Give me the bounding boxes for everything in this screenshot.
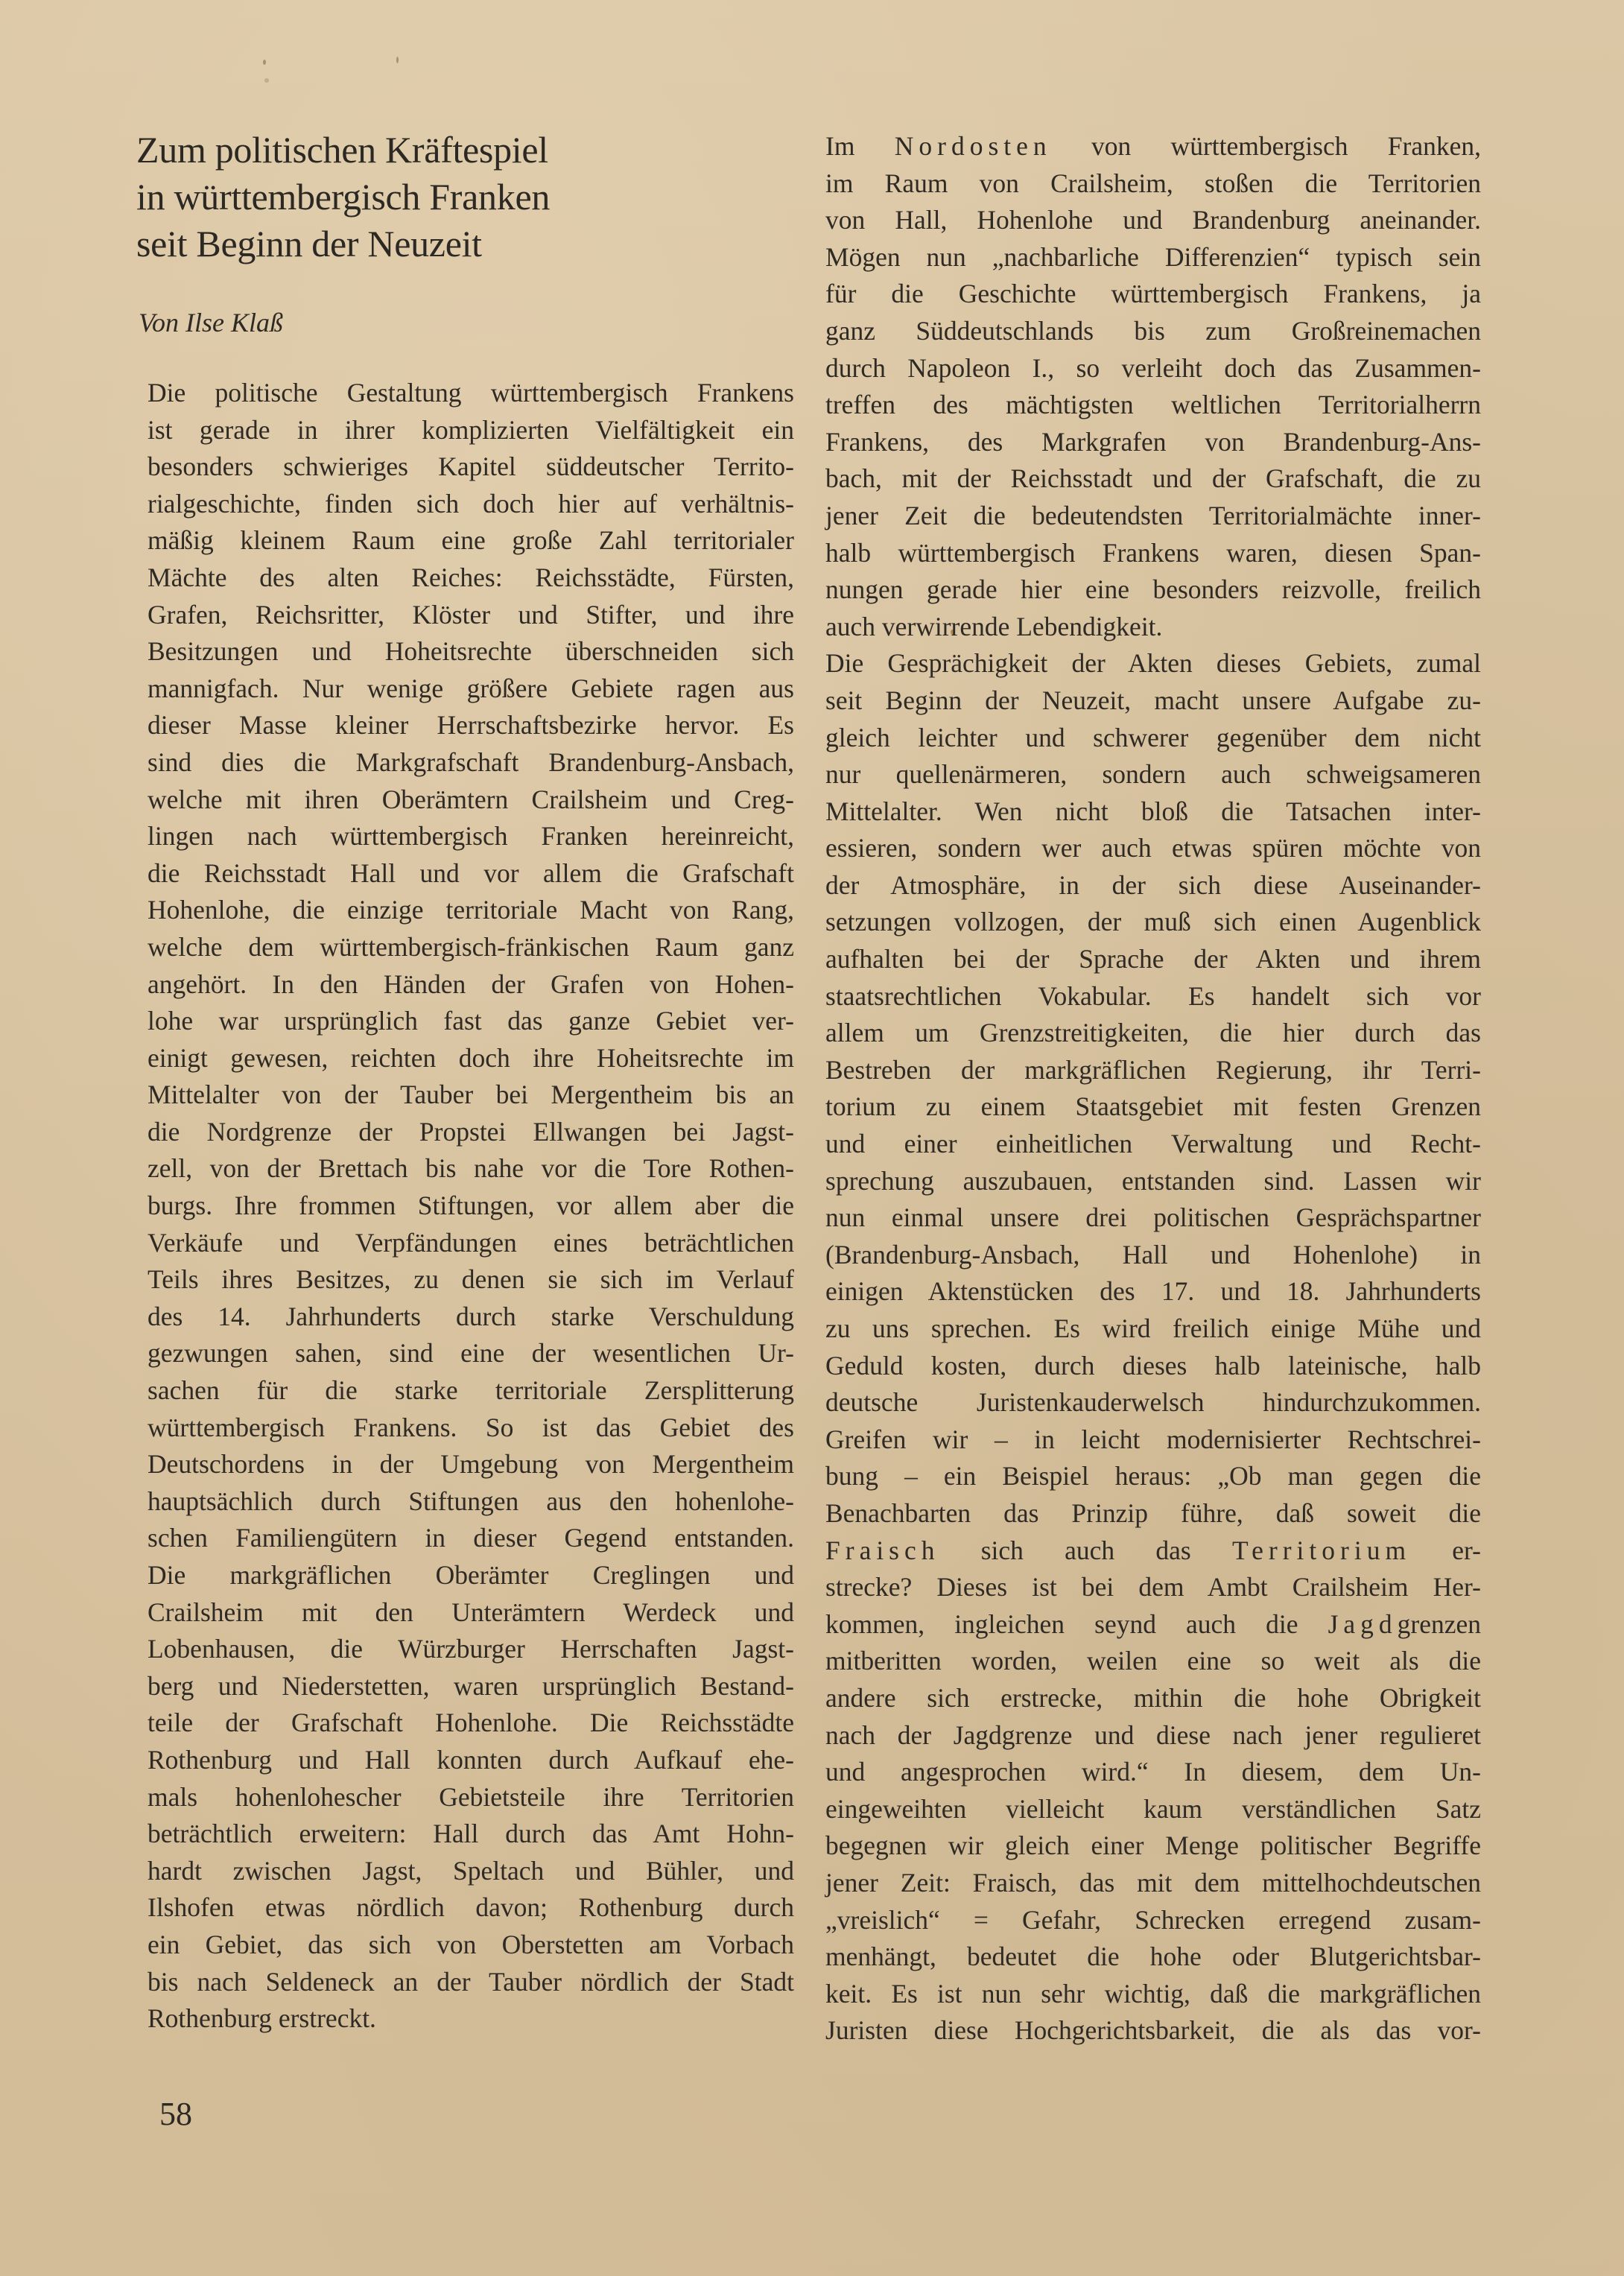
- text-line: die Nordgrenze der Propstei Ellwangen be…: [148, 1114, 794, 1151]
- text-line: bach, mit der Reichsstadt und der Grafsc…: [825, 460, 1481, 498]
- text-line: Fraisch sich auch das Territorium er-: [825, 1532, 1481, 1570]
- text-line: Die politische Gestaltung württembergisc…: [148, 375, 794, 412]
- text-line: nungen gerade hier eine besonders reizvo…: [825, 571, 1481, 609]
- text-line: einigen Aktenstücken des 17. und 18. Jah…: [825, 1273, 1481, 1310]
- text-line: „vreislich“ = Gefahr, Schrecken erregend…: [825, 1902, 1481, 1939]
- text-line: Bestreben der markgräflichen Regierung, …: [825, 1052, 1481, 1089]
- text-line: auch verwirrende Lebendigkeit.: [825, 609, 1481, 646]
- text-line: welche mit ihren Oberämtern Crailsheim u…: [148, 782, 794, 819]
- text-line: angehört. In den Händen der Grafen von H…: [148, 966, 794, 1004]
- title-line: Zum politischen Kräftespiel: [136, 127, 807, 174]
- text-line: Greifen wir – in leicht modernisierter R…: [825, 1421, 1481, 1459]
- text-line: setzungen vollzogen, der muß sich einen …: [825, 904, 1481, 941]
- text-line: (Brandenburg-Ansbach, Hall und Hohenlohe…: [825, 1237, 1481, 1274]
- text-line: Benachbarten das Prinzip führe, daß sowe…: [825, 1495, 1481, 1532]
- text-line: Die markgräflichen Oberämter Creglingen …: [148, 1557, 794, 1594]
- text-line: welche dem württembergisch-fränkischen R…: [148, 929, 794, 966]
- text-line: die Reichsstadt Hall und vor allem die G…: [148, 855, 794, 893]
- article-title: Zum politischen Kräftespiel in württembe…: [136, 127, 807, 267]
- text-line: menhängt, bedeutet die hohe oder Blutger…: [825, 1939, 1481, 1976]
- article-author: Von Ilse Klaß: [139, 305, 283, 340]
- text-line: bis nach Seldeneck an der Tauber nördlic…: [148, 1964, 794, 2001]
- text-line: nur quellenärmeren, sondern auch schweig…: [825, 756, 1481, 793]
- text-line: aufhalten bei der Sprache der Akten und …: [825, 941, 1481, 978]
- text-line: nach der Jagdgrenze und diese nach jener…: [825, 1717, 1481, 1754]
- text-line: berg und Niederstetten, waren ursprüngli…: [148, 1668, 794, 1705]
- text-line: Mittelalter von der Tauber bei Mergenthe…: [148, 1077, 794, 1114]
- text-line: von Hall, Hohenlohe und Brandenburg anei…: [825, 202, 1481, 239]
- text-line: teile der Grafschaft Hohenlohe. Die Reic…: [148, 1705, 794, 1742]
- title-line: in württembergisch Franken: [136, 174, 807, 221]
- text-line: Mögen nun „nachbarliche Differenzien“ ty…: [825, 239, 1481, 276]
- text-line: Verkäufe und Verpfändungen eines beträch…: [148, 1225, 794, 1262]
- text-line: hauptsächlich durch Stiftungen aus den h…: [148, 1483, 794, 1521]
- text-line: Rothenburg erstreckt.: [148, 2000, 794, 2038]
- text-line: ein Gebiet, das sich von Oberstetten am …: [148, 1927, 794, 1964]
- text-line: gezwungen sahen, sind eine der wesentlic…: [148, 1335, 794, 1372]
- text-line: sprechung auszubauen, entstanden sind. L…: [825, 1163, 1481, 1200]
- title-line: seit Beginn der Neuzeit: [136, 221, 807, 267]
- text-line: Hohenlohe, die einzige territoriale Mach…: [148, 892, 794, 929]
- right-column-block-b: mitberitten worden, weilen eine so weit …: [825, 1643, 1481, 2050]
- text-line: hardt zwischen Jagst, Speltach und Bühle…: [148, 1853, 794, 1890]
- text-line: des 14. Jahrhunderts durch starke Versch…: [148, 1299, 794, 1336]
- text-line: staatsrechtlichen Vokabular. Es handelt …: [825, 978, 1481, 1015]
- text-line: Juristen diese Hochgerichtsbarkeit, die …: [825, 2012, 1481, 2050]
- right-column: Im Nordosten von württembergisch Franken…: [825, 128, 1481, 2050]
- text-line: rialgeschichte, finden sich doch hier au…: [148, 486, 794, 523]
- text-line: württembergisch Frankens. So ist das Geb…: [148, 1410, 794, 1447]
- paper-speck: [263, 60, 266, 65]
- emphasized-word: Jagd: [1328, 1609, 1398, 1639]
- text-line: deutsche Juristenkauderwelsch hindurchzu…: [825, 1384, 1481, 1421]
- text-line: allem um Grenzstreitigkeiten, die hier d…: [825, 1015, 1481, 1052]
- text-line: Ilshofen etwas nördlich davon; Rothenbur…: [148, 1889, 794, 1927]
- text-line: mitberitten worden, weilen eine so weit …: [825, 1643, 1481, 1680]
- text-line: seit Beginn der Neuzeit, macht unsere Au…: [825, 682, 1481, 720]
- page-number: 58: [159, 2093, 192, 2135]
- text-line: lohe war ursprünglich fast das ganze Geb…: [148, 1003, 794, 1040]
- text-line: der Atmosphäre, in der sich diese Ausein…: [825, 867, 1481, 904]
- text-line: zu uns sprechen. Es wird freilich einige…: [825, 1310, 1481, 1348]
- text-line: ganz Süddeutschlands bis zum Großreinema…: [825, 313, 1481, 350]
- text-line: kommen, ingleichen seynd auch die Jagdgr…: [825, 1606, 1481, 1643]
- text-line: beträchtlich erweitern: Hall durch das A…: [148, 1816, 794, 1853]
- text-line: Grafen, Reichsritter, Klöster und Stifte…: [148, 597, 794, 634]
- paper-speck: [264, 78, 269, 83]
- text-line: torium zu einem Staatsgebiet mit festen …: [825, 1088, 1481, 1126]
- text-line: schen Familiengütern in dieser Gegend en…: [148, 1520, 794, 1557]
- text-line: begegnen wir gleich einer Menge politisc…: [825, 1828, 1481, 1865]
- text-line: ist gerade in ihrer komplizierten Vielfä…: [148, 412, 794, 449]
- text-line: Crailsheim mit den Unterämtern Werdeck u…: [148, 1594, 794, 1632]
- text-line: sachen für die starke territoriale Zersp…: [148, 1372, 794, 1410]
- text-line: mals hohenlohescher Gebietsteile ihre Te…: [148, 1779, 794, 1816]
- text-line: und angesprochen wird.“ In diesem, dem U…: [825, 1754, 1481, 1791]
- text-line: jener Zeit die bedeutendsten Territorial…: [825, 498, 1481, 535]
- text-line: eingeweihten vielleicht kaum verständlic…: [825, 1791, 1481, 1828]
- text-line: im Raum von Crailsheim, stoßen die Terri…: [825, 165, 1481, 203]
- text-line: Mächte des alten Reiches: Reichsstädte, …: [148, 560, 794, 597]
- emphasized-word: Territorium: [1232, 1535, 1411, 1565]
- text-line: Besitzungen und Hoheitsrechte überschnei…: [148, 633, 794, 671]
- text-line: keit. Es ist nun sehr wichtig, daß die m…: [825, 1976, 1481, 2013]
- text-line: Mittelalter. Wen nicht bloß die Tatsache…: [825, 793, 1481, 831]
- text-line: dieser Masse kleiner Herrschaftsbezirke …: [148, 707, 794, 744]
- text-line: einigt gewesen, reichten doch ihre Hohei…: [148, 1040, 794, 1077]
- text-line: strecke? Dieses ist bei dem Ambt Crailsh…: [825, 1569, 1481, 1606]
- text-line: Teils ihres Besitzes, zu denen sie sich …: [148, 1261, 794, 1299]
- text-line: Im Nordosten von württembergisch Franken…: [825, 128, 1481, 165]
- text-line: und einer einheitlichen Verwaltung und R…: [825, 1126, 1481, 1163]
- text-line: andere sich erstrecke, mithin die hohe O…: [825, 1680, 1481, 1717]
- text-line: Die Gesprächigkeit der Akten dieses Gebi…: [825, 645, 1481, 682]
- text-line: mannigfach. Nur wenige größere Gebiete r…: [148, 671, 794, 708]
- text-line: treffen des mächtigsten weltlichen Terri…: [825, 387, 1481, 424]
- text-line: zell, von der Brettach bis nahe vor die …: [148, 1150, 794, 1188]
- text-line: lingen nach württembergisch Franken here…: [148, 818, 794, 855]
- text-line: Frankens, des Markgrafen von Brandenburg…: [825, 424, 1481, 461]
- emphasized-word: Fraisch: [825, 1535, 940, 1565]
- text-line: Geduld kosten, durch dieses halb lateini…: [825, 1348, 1481, 1385]
- text-line: bung – ein Beispiel heraus: „Ob man gege…: [825, 1458, 1481, 1495]
- text-line: durch Napoleon I., so verleiht doch das …: [825, 350, 1481, 387]
- text-line: burgs. Ihre frommen Stiftungen, vor alle…: [148, 1188, 794, 1225]
- left-column: Die politische Gestaltung württembergisc…: [148, 375, 794, 2038]
- paper-speck: [396, 57, 399, 63]
- text-line: Deutschordens in der Umgebung von Mergen…: [148, 1446, 794, 1483]
- text-line: für die Geschichte württembergisch Frank…: [825, 276, 1481, 313]
- scanned-book-page: Zum politischen Kräftespiel in württembe…: [0, 0, 1624, 2276]
- text-line: nun einmal unsere drei politischen Gespr…: [825, 1199, 1481, 1237]
- emphasized-word: Nordosten: [895, 131, 1052, 161]
- text-line: essieren, sondern wer auch etwas spüren …: [825, 830, 1481, 867]
- text-line: halb württembergisch Frankens waren, die…: [825, 535, 1481, 572]
- text-line: Lobenhausen, die Würzburger Herrschaften…: [148, 1631, 794, 1668]
- text-line: jener Zeit: Fraisch, das mit dem mittelh…: [825, 1865, 1481, 1902]
- text-line: gleich leichter und schwerer gegenüber d…: [825, 720, 1481, 757]
- text-line: sind dies die Markgrafschaft Brandenburg…: [148, 744, 794, 782]
- text-line: besonders schwieriges Kapitel süddeutsch…: [148, 448, 794, 486]
- right-column-block-a: im Raum von Crailsheim, stoßen die Terri…: [825, 165, 1481, 1532]
- text-line: Rothenburg und Hall konnten durch Aufkau…: [148, 1742, 794, 1779]
- text-line: mäßig kleinem Raum eine große Zahl terri…: [148, 522, 794, 560]
